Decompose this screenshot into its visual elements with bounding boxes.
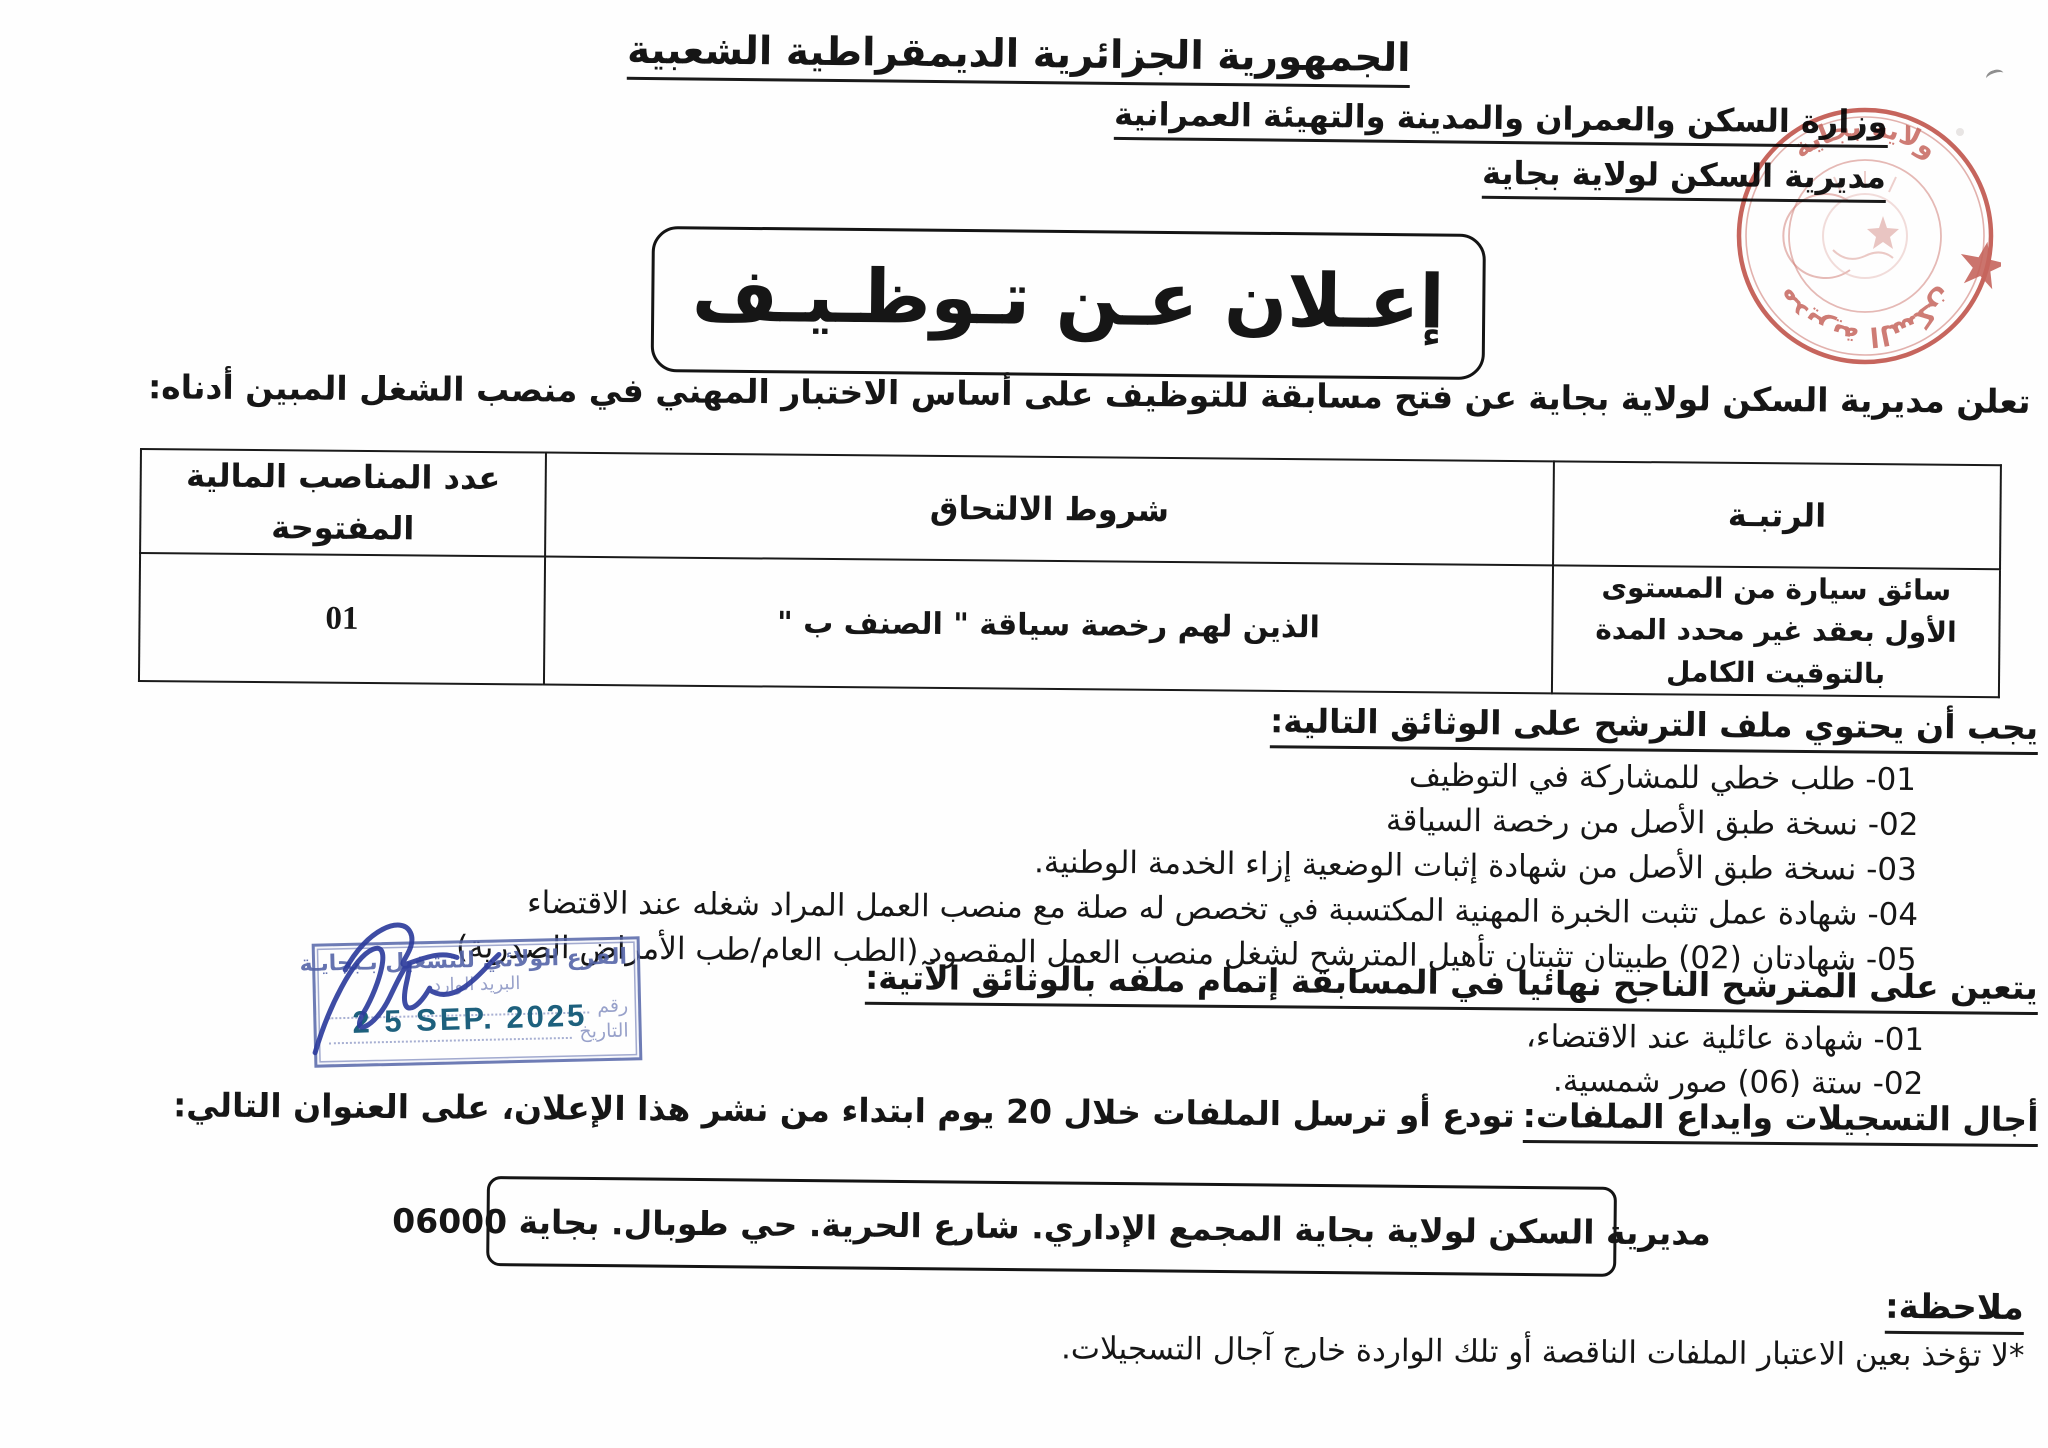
address-box: مديرية السكن لولاية بجاية المجمع الإداري… <box>486 1176 1617 1277</box>
note-heading: ملاحظة: <box>1885 1287 2024 1335</box>
document-item: 03- نسخة طبق الأصل من شهادة إثبات الوضعي… <box>1034 844 1917 888</box>
document-item: 02- نسخة طبق الأصل من رخصة السياقة <box>1385 802 1918 843</box>
cell-open-positions: 01 <box>139 553 545 685</box>
final-candidate-heading: يتعين على المترشح الناجح نهائيا في المسا… <box>865 958 2038 1015</box>
blue-date-stamp: الفرع الولائي للتشغيل بـبجايـة البريد ال… <box>312 936 643 1067</box>
cell-rank: سائق سيارة من المستوى الأول بعقد غير محد… <box>1552 566 2000 698</box>
document-item: 04- شهادة عمل تثبت الخبرة المهنية المكتس… <box>527 885 1918 933</box>
stamp-star-icon <box>1955 237 2001 291</box>
announcement-title: إعـلان عـن تـوظـيـف <box>692 252 1445 353</box>
address-text: مديرية السكن لولاية بجاية المجمع الإداري… <box>392 1201 1711 1253</box>
cell-conditions: الذين لهم رخصة سياقة " الصنف ب " <box>544 557 1553 694</box>
scan-artifact <box>1985 68 2006 85</box>
column-header-conditions: شروط الالتحاق <box>545 453 1554 566</box>
announcement-title-box: إعـلان عـن تـوظـيـف <box>651 226 1486 380</box>
positions-table: الرتبـة شروط الالتحاق عدد المناصب المالي… <box>138 448 2002 699</box>
note-text: *لا تؤخذ بعين الاعتبار الملفات الناقصة أ… <box>1060 1330 2024 1374</box>
table-row: سائق سيارة من المستوى الأول بعقد غير محد… <box>139 553 2000 697</box>
stamped-date: 2 5 SEP. 2025 <box>352 997 588 1040</box>
column-header-rank: الرتبـة <box>1553 461 2001 569</box>
column-header-open-positions: عدد المناصب المالية المفتوحة <box>140 449 546 557</box>
deadline-label: أجال التسجيلات وايداع الملفات: <box>1522 1096 2038 1147</box>
stamp-arc-top-text: ولاية بجاية <box>1787 112 1943 165</box>
scanned-document-page: الجمهورية الجزائرية الديمقراطية الشعبية … <box>0 0 2048 1448</box>
documents-section-heading: يجب أن يحتوي ملف الترشح على الوثائق التا… <box>1270 701 2038 755</box>
red-circular-stamp: ولاية بجاية مديرية السكن <box>1729 100 2001 372</box>
deadline-text: تودع أو ترسل الملفات خلال 20 يوم ابتداء … <box>172 1085 1514 1135</box>
intro-line: تعلن مديرية السكن لولاية بجاية عن فتح مس… <box>147 367 2030 421</box>
svg-text:ولاية بجاية: ولاية بجاية <box>1787 112 1943 165</box>
number-label: رقم <box>597 995 628 1018</box>
final-item: 01- شهادة عائلية عند الاقتضاء، <box>1526 1019 1924 1058</box>
document-item: 01- طلب خطي للمشاركة في التوظيف <box>1409 758 1916 798</box>
country-title: الجمهورية الجزائرية الديمقراطية الشعبية <box>626 28 1410 88</box>
emblem <box>1783 171 1907 278</box>
table-header-row: الرتبـة شروط الالتحاق عدد المناصب المالي… <box>140 449 2001 570</box>
